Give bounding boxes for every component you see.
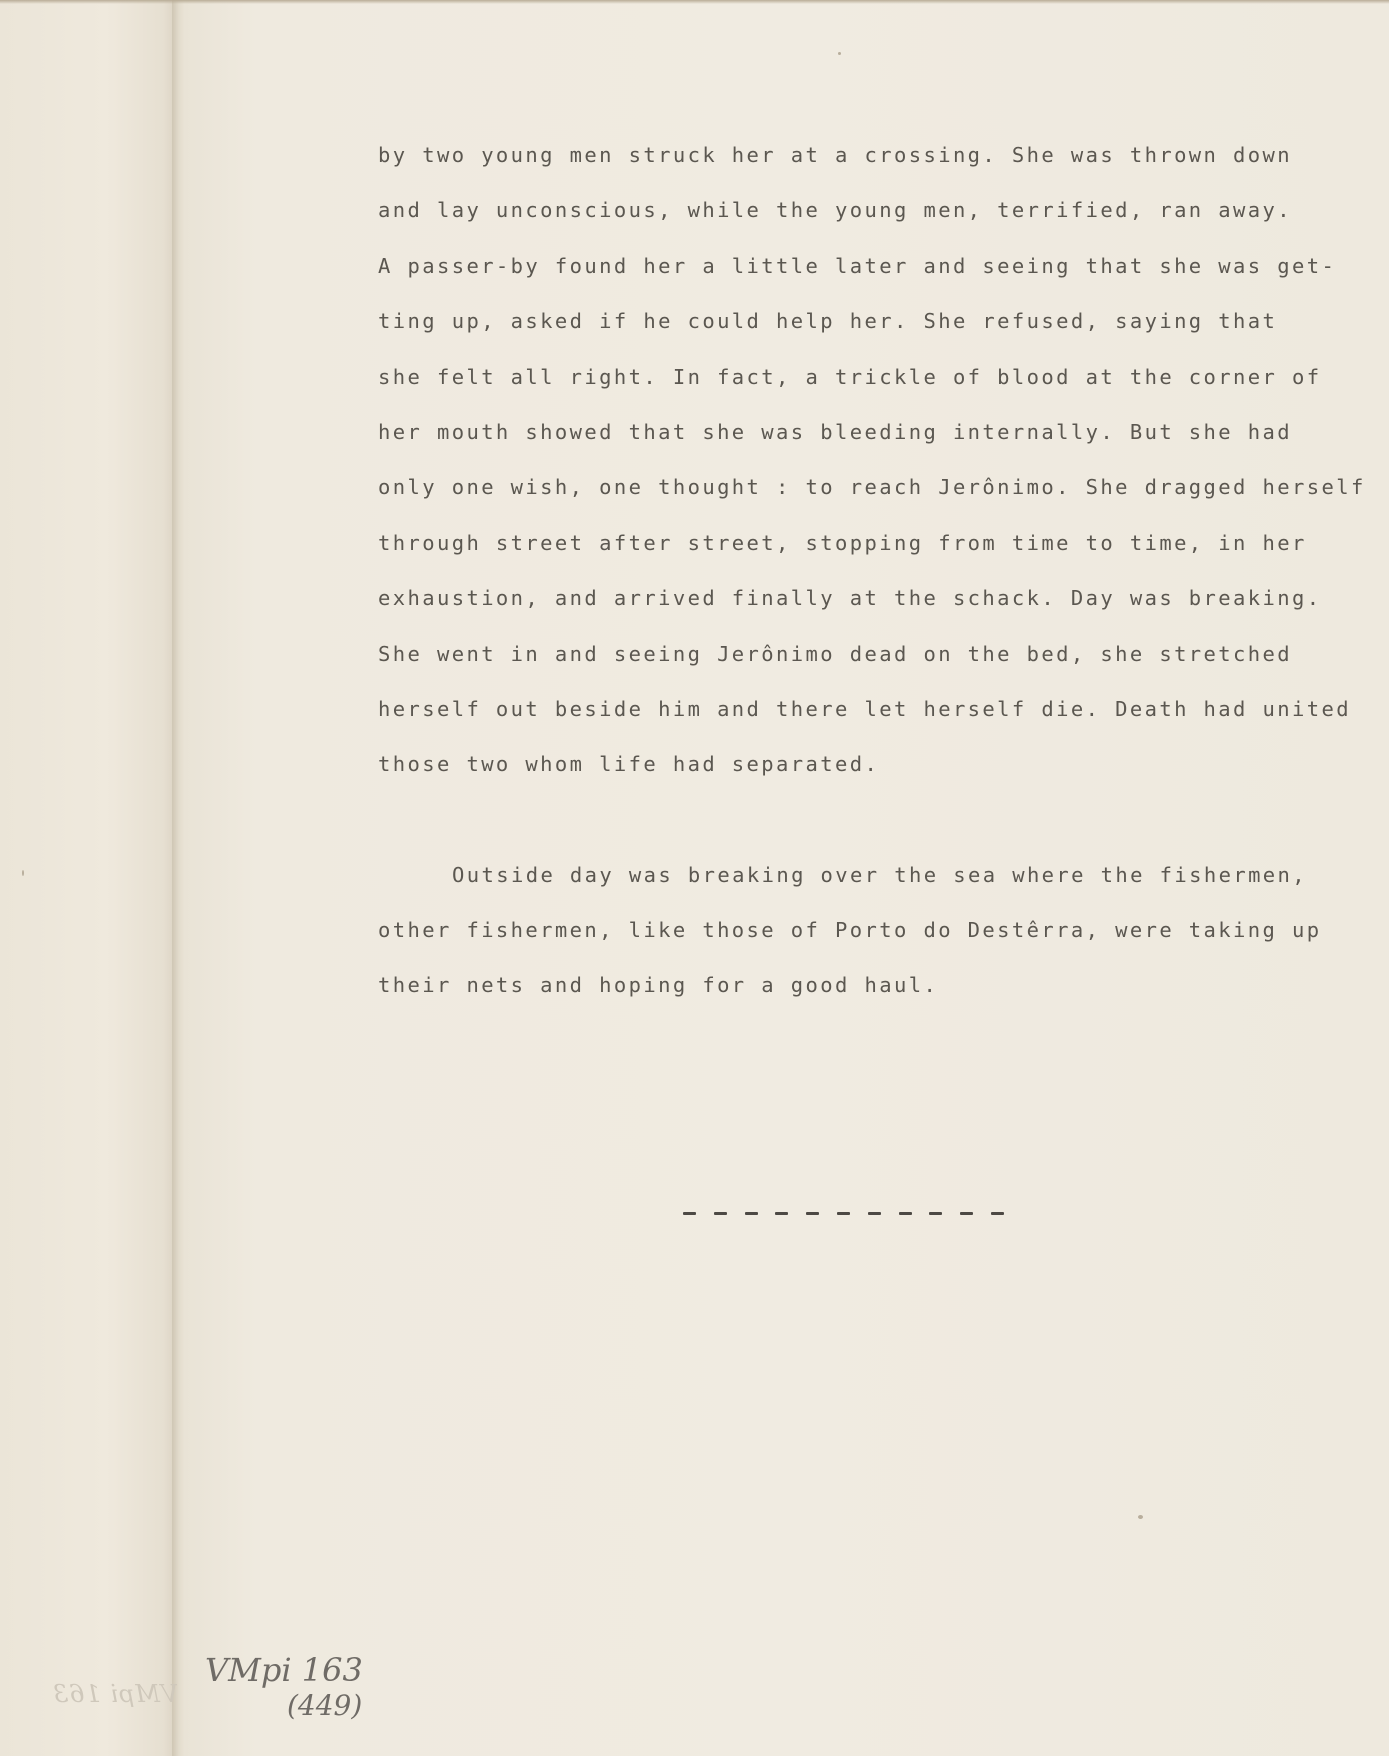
text-line: their nets and hoping for a good haul. xyxy=(378,973,1378,1028)
divider-dash xyxy=(683,1212,696,1215)
handwritten-catalog-note: VMpi 163 (449) xyxy=(205,1652,363,1724)
divider-dash xyxy=(714,1212,727,1215)
text-line: and lay unconscious, while the young men… xyxy=(378,198,1378,253)
divider-dash xyxy=(868,1212,881,1215)
paragraph-2: Outside day was breaking over the sea wh… xyxy=(378,863,1378,1029)
paper-speck xyxy=(22,870,24,876)
paragraph-gap xyxy=(378,808,1378,863)
facing-page xyxy=(0,0,178,1756)
catalog-number: VMpi 163 xyxy=(205,1652,363,1688)
bleed-through-note: VMpi 163 xyxy=(52,1685,178,1703)
divider-dash xyxy=(899,1212,912,1215)
paragraph-1: by two young men struck her at a crossin… xyxy=(378,143,1378,808)
text-line: herself out beside him and there let her… xyxy=(378,697,1378,752)
text-line: ting up, asked if he could help her. She… xyxy=(378,309,1378,364)
text-line: Outside day was breaking over the sea wh… xyxy=(378,863,1378,918)
paper-speck xyxy=(1138,1515,1143,1519)
text-line: her mouth showed that she was bleeding i… xyxy=(378,420,1378,475)
catalog-subnumber: (449) xyxy=(205,1688,363,1724)
page-top-edge xyxy=(0,0,1389,4)
text-line: only one wish, one thought : to reach Je… xyxy=(378,475,1378,530)
divider-dash xyxy=(837,1212,850,1215)
divider-dash xyxy=(745,1212,758,1215)
divider-dash xyxy=(775,1212,788,1215)
text-line: those two whom life had separated. xyxy=(378,752,1378,807)
text-line: exhaustion, and arrived finally at the s… xyxy=(378,586,1378,641)
text-line: she felt all right. In fact, a trickle o… xyxy=(378,365,1378,420)
divider-dash xyxy=(929,1212,942,1215)
text-line: by two young men struck her at a crossin… xyxy=(378,143,1378,198)
text-line: A passer-by found her a little later and… xyxy=(378,254,1378,309)
body-text: by two young men struck her at a crossin… xyxy=(378,143,1378,1029)
text-line: through street after street, stopping fr… xyxy=(378,531,1378,586)
divider-dash xyxy=(991,1212,1004,1215)
paper-speck xyxy=(838,52,841,55)
divider-dash xyxy=(960,1212,973,1215)
text-line: other fishermen, like those of Porto do … xyxy=(378,918,1378,973)
section-divider xyxy=(683,1212,1004,1215)
divider-dash xyxy=(806,1212,819,1215)
text-line: She went in and seeing Jerônimo dead on … xyxy=(378,642,1378,697)
